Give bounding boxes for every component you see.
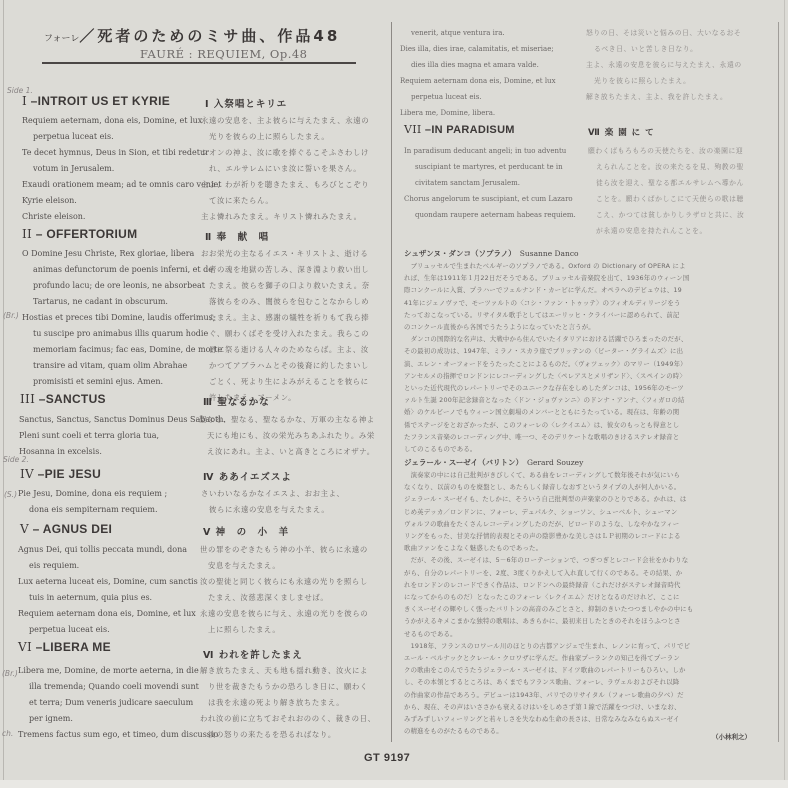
- text-line: のコンクール直後から各国でうたうようになっていたと言うが。: [404, 321, 689, 333]
- jp-text-pie-jesu: さいわいなるかなイエスよ、おお主よ、彼らに永遠の安息を与えたまえ。: [201, 486, 345, 518]
- text-line: 徒ら汝を迎え、聖なる都エルサレムへ導かん: [588, 175, 744, 191]
- text-line: 怒りの日、そは災いと悩みの日、大いなるおそ: [586, 25, 742, 41]
- page-bottom-edge: [0, 780, 788, 788]
- title-english: FAURÉ : REQUIEM, Op.48: [140, 47, 308, 61]
- text-line: promisisti et semini ejus. Amen.: [22, 374, 222, 390]
- text-line: 歌曲ファンをこよなく魅惑したものであった。: [404, 542, 693, 554]
- text-line: から、現在、その声はいささかも衰えるけはいをしめさず第１線で活躍をつづけ、いまな…: [404, 701, 693, 713]
- text-line: 解き放ちたまえ、主よ、我を許したまえ。: [586, 89, 742, 105]
- section-jp-title-sanctus: Ⅲ 聖なるかな: [203, 394, 270, 408]
- latin-text-offertorium: O Domine Jesu Christe, Rex gloriae, libe…: [22, 246, 222, 390]
- section-title-libera-me: VI –LIBERA ME: [18, 640, 111, 654]
- handnote-br: (Br.): [3, 311, 19, 320]
- text-line: になってからのものだ）となったこのフォーレ〈レクイエム〉だけとなるのだけれど、こ…: [404, 591, 693, 603]
- liner-notes-page: フォーレ／死者のためのミサ曲、作品48 FAURÉ : REQUIEM, Op.…: [0, 0, 788, 788]
- text-line: perpetua luceat eis.: [18, 622, 198, 638]
- text-line: In paradisum deducant angeli; in tuo adv…: [404, 143, 576, 159]
- text-line: 天にも地にも、汝の栄光みちあふれたり。み栄: [199, 428, 375, 444]
- text-line: え汝にあれ。主よ、いと高きところにオザナ。: [199, 444, 375, 460]
- text-line: tu suscipe pro animabus illis quarum hod…: [22, 326, 222, 342]
- bio-text-danco: ブリュッセルで生まれたベルギーのソプラノである。Oxford の Diction…: [404, 260, 689, 455]
- page-edge-right: [784, 0, 785, 788]
- text-line: たまえ。彼らを獅子の口より救いたまえ。奈: [201, 278, 370, 294]
- latin-text-sanctus: Sanctus, Sanctus, Sanctus Dominus Deus S…: [19, 412, 226, 460]
- text-line: ァルト生誕 200年記念録音となった〈ドン・ジョヴァンニ〉のドンナ・アンナ、〈フ…: [404, 394, 689, 406]
- text-line: 永遠の安息を、主よ彼らに与えたまえ、永遠の: [201, 113, 369, 129]
- text-line: たフランス音楽のレコーディング中、唯一つ、そのデリケートな歌唱のきけるステレオ録…: [404, 431, 689, 443]
- latin-text-agnus-dei: Agnus Dei, qui tollis peccata mundi, don…: [18, 542, 198, 638]
- bio-heading-danco: シュザンヌ・ダンコ（ソプラノ）Susanne Danco: [404, 248, 579, 259]
- text-line: だが、その後、スーゼイは、5－6年のローテーションで、つぎつぎとレコード会社をか…: [404, 554, 693, 566]
- text-line: Tartarus, ne cadant in obscurum.: [22, 294, 222, 310]
- text-line: クの歌曲をこのんでうたうジェラール・スーゼイは、ドイツ歌曲のレパートリーもひろい…: [404, 664, 693, 676]
- text-line: Agnus Dei, qui tollis peccata mundi, don…: [18, 542, 198, 558]
- text-line: の精進をものがたるものである。: [404, 725, 693, 737]
- catalog-number: GT 9197: [364, 752, 410, 764]
- text-line: Requiem aeternam dona eis, Domine, et lu…: [400, 73, 556, 89]
- text-line: 41年にジェノヴァで、モーツァルトの〈コシ・ファン・トゥッテ〉のフィオルディリー…: [404, 297, 689, 309]
- text-line: Tremens factus sum ego, et timeo, dum di…: [18, 727, 218, 743]
- text-line: Lux aeterna luceat eis, Domine, cum sanc…: [18, 574, 198, 590]
- text-line: せるものである。: [404, 628, 693, 640]
- text-line: アンセルメの指揮でロンドンにレコーディングした〈ペレアスとメリザンド〉、〈スペイ…: [404, 370, 689, 382]
- text-line: Te decet hymnus, Deus in Sion, et tibi r…: [22, 145, 221, 161]
- latin-text-in-paradisum: In paradisum deducant angeli; in tuo adv…: [404, 143, 576, 223]
- text-line: かつてアブラハムとその後裔に約したまいし: [201, 358, 370, 374]
- text-line: といった近代現代のレパートリーでそのユニークな存在をしめしたダンコは、1956年…: [404, 382, 689, 394]
- text-line: 上に照らしたまえ。: [200, 622, 368, 638]
- text-line: たまえ。主よ、感謝の犠牲を祈りもて我ら捧: [201, 310, 370, 326]
- text-line: Requiem aeternam dona eis, Domine, et lu…: [18, 606, 198, 622]
- text-line: ダンコの国際的な名声は、大戦中から住んでいたイタリアにおける活躍でひろまったのだ…: [404, 333, 689, 345]
- jp-text-sanctus: 聖なる、聖なる、聖なるかな、万軍の主なる神よ天にも地にも、汝の栄光みちあふれたり…: [199, 412, 375, 460]
- text-line: perpetua luceat eis.: [400, 89, 556, 105]
- text-line: 永遠の安息を彼らに与え、永遠の光りを彼らの: [200, 606, 368, 622]
- text-line: なくなり、以前のものを廃盤とし、あたらしく録音しなおすというタイプの人が何人かい…: [404, 481, 693, 493]
- title-composer-jp: フォーレ: [44, 34, 79, 44]
- text-line: Hostias et preces tibi Domine, laudis of…: [22, 310, 222, 326]
- right-frame-line: [778, 22, 779, 742]
- text-line: うかがえるキメこまかな独特の歌唱は、あきらかに、最初来日したときのそれをほうふつ…: [404, 615, 693, 627]
- text-line: 者の魂を地獄の苦しみ、深き淵より救い出し: [201, 262, 370, 278]
- text-line: 際コンクールに入賞、プラハーでフェルナンド・カーピに学んだ。オペラへのデビュウは…: [404, 284, 689, 296]
- text-line: 光りを彼らに照らしたまえ。: [586, 73, 742, 89]
- column-divider: [391, 22, 392, 742]
- text-line: じめ英デッカ／ロンドンに、フォーレ、デュパルク、ショーソン、シューベルト、シュー…: [404, 506, 693, 518]
- text-line: が永遠の安息を持たれんことを。: [588, 223, 744, 239]
- text-line: 係でステージをとおざかったが、このフォーレの〈レクイエム〉は、彼女のもっとも得意…: [404, 419, 689, 431]
- text-line: れば、生年は1911年１月22日だそうである。ブリュッセル音楽院を出て、1936…: [404, 272, 689, 284]
- text-line: Christe eleison.: [22, 209, 221, 225]
- title-japanese: フォーレ／死者のためのミサ曲、作品48: [44, 25, 340, 46]
- text-line: Libera me, Domine, de morte aeterna, in …: [18, 663, 218, 679]
- text-line: し、その本領とするところは、あくまでもフランス歌曲、フォーレ、ラヴェルおよびそれ…: [404, 676, 693, 688]
- text-line: 願わくばもろもろの天使たちを、汝の楽園に迎: [588, 143, 744, 159]
- text-line: 世の罪をのぞきたもう神の小羊、彼らに永遠の: [200, 542, 368, 558]
- text-line: 演奏家の中には自己批判がきびしくて、ある曲をレコーディングして数年後それが気にい…: [404, 469, 693, 481]
- text-line: Kyrie eleison.: [22, 193, 221, 209]
- text-line: venerit, atque ventura ira.: [400, 25, 556, 41]
- text-line: 光りを彼らの上に照らしたまえ。: [201, 129, 369, 145]
- text-line: 1918年、フランスのロワール川のほとりの古都アンジェで生まれ、レノンに育って、…: [404, 640, 693, 652]
- text-line: 解き放ちたまえ、天も地も揺れ動き、汝火によ: [200, 663, 376, 679]
- text-line: たまえ、汝慈悲深くましませば。: [200, 590, 368, 606]
- section-jp-title-libera-me: Ⅵ われを許したまえ: [203, 647, 303, 661]
- section-jp-title-in-paradisum: Ⅶ 楽 園 に て: [588, 126, 655, 138]
- text-line: れ、エルサレムにいま汝に誓いを果さん。: [201, 161, 369, 177]
- text-line: 聖なる、聖なる、聖なるかな、万軍の主なる神よ: [199, 412, 375, 428]
- text-line: り世を裁きたもうかの恐ろしき日に、願わく: [200, 679, 376, 695]
- text-line: こえ、かつては貧しかりしラザロと共に、汝: [588, 207, 744, 223]
- text-line: 婚〉のケルビーノでもウィーン国立劇場のメンバーとともにうたっている。現在は、年齢…: [404, 406, 689, 418]
- text-line: エール・ベルナックとクレール・クロワザに学んだ。作曲家プーランクの知己を得てプー…: [404, 652, 693, 664]
- text-line: は我を永遠の死より解き放ちたまえ。: [200, 695, 376, 711]
- jp-text-offertorium: おお栄光の主なるイエス・キリストよ、逝ける者の魂を地獄の苦しみ、深き淵より救い出…: [201, 246, 370, 406]
- text-line: ぐ、願わくばそを受け入れたまえ。我らこの: [201, 326, 370, 342]
- text-line: れをロンドンのレコードできく作品は、ロンドンへの最終録音（これだけがステレオ録音…: [404, 579, 693, 591]
- text-line: suscipiant te martyres, et perducant te …: [404, 159, 576, 175]
- text-line: quondam raupere aeternam habeas requiem.: [404, 207, 576, 223]
- text-line: えられんことを。汝の来たるを見、殉教の聖: [588, 159, 744, 175]
- text-line: illa tremenda; Quando coeli movendi sunt: [18, 679, 218, 695]
- text-line: してのこるものである。: [404, 443, 689, 455]
- section-title-agnus-dei: V – AGNUS DEI: [20, 522, 112, 536]
- text-line: がら、自分のレパートリーを、2度、3度くりかえして入れ直して行くのである。その結…: [404, 567, 693, 579]
- text-line: 汝の聖徒と同じく彼らにも永遠の光りを照らし: [200, 574, 368, 590]
- text-line: リングをもった、甘美な抒情的表現とその声の陰影豊かな美しさはＬＰ初期のレコードに…: [404, 530, 693, 542]
- text-line: 安息を与えたまえ。: [200, 558, 368, 574]
- section-title-sanctus: III –SANCTUS: [20, 392, 106, 406]
- text-line: Libera me, Domine, libera.: [400, 105, 556, 121]
- text-line: votum in Jerusalem.: [22, 161, 221, 177]
- text-line: その最初の成功は、1947年、ミラノ・スカラ座でブリッテンの〈ピーター・グライム…: [404, 345, 689, 357]
- handnote-s: (S.): [4, 490, 17, 499]
- text-line: シオンの神よ、汝に歌を捧ぐるこそふさわしけ: [201, 145, 369, 161]
- text-line: おお栄光の主なるイエス・キリストよ、逝ける: [201, 246, 370, 262]
- header-rule: [42, 62, 356, 64]
- text-line: ジェラール・スーゼイも、たしかに、そういう自己批判型の声楽家のひとりである。かれ…: [404, 493, 693, 505]
- text-line: Exaudi orationem meam; ad te omnis caro …: [22, 177, 221, 193]
- text-line: civitatem sanctam Jerusalem.: [404, 175, 576, 191]
- bio-text-souzey: 演奏家の中には自己批判がきびしくて、ある曲をレコーディングして数年後それが気にい…: [404, 469, 693, 737]
- text-line: さいわいなるかなイエスよ、おお主よ、: [201, 486, 345, 502]
- text-line: animas defunctorum de poenis inferni, et…: [22, 262, 222, 278]
- text-line: Pleni sunt coeli et terra gloria tua,: [19, 428, 226, 444]
- text-line: O Domine Jesu Christe, Rex gloriae, libe…: [22, 246, 222, 262]
- text-line: transire ad vitam, quam olim Abrahae: [22, 358, 222, 374]
- section-title-in-paradisum: VII –IN PARADISUM: [404, 123, 515, 136]
- latin-text-pie-jesu: Pie Jesu, Domine, dona eis requiem ;dona…: [18, 486, 167, 518]
- latin-text-introit: Requiem aeternam, dona eis, Domine, et l…: [22, 113, 221, 225]
- text-line: 日に祭る逝ける人々のためならば。主よ、汝: [201, 342, 370, 358]
- latin-text-libera-me: Libera me, Domine, de morte aeterna, in …: [18, 663, 218, 743]
- text-line: たっておこなっている。リサイタル歌手としてはエーリッヒ・クライバーに認められて、…: [404, 309, 689, 321]
- handnote-br2: (Br.): [2, 669, 18, 678]
- text-line: ごとく、死より生によみがえることを彼らに: [201, 374, 370, 390]
- text-line: tuis in aeternum, quia pius es.: [18, 590, 198, 606]
- section-jp-title-pie-jesu: Ⅳ ああイエズスよ: [203, 469, 292, 483]
- text-line: 落彼らをのみ、闇彼らを包むことなからしめ: [201, 294, 370, 310]
- section-jp-title-agnus-dei: Ⅴ 神 の 小 羊: [203, 524, 289, 538]
- section-title-offertorium: II – OFFERTORIUM: [22, 227, 137, 241]
- text-line: perpetua luceat eis.: [22, 129, 221, 145]
- text-line: 主よ、わが祈りを聴きたまえ、もろびとこぞり: [201, 177, 369, 193]
- text-line: われ汝の前に立ちておそれおののく、裁きの日、: [200, 711, 376, 727]
- text-line: dies illa dies magna et amara valde.: [400, 57, 556, 73]
- text-line: の作曲家の作品であろう。デビューは1943年、パリでのリサイタル（フォーレ歌曲の…: [404, 689, 693, 701]
- text-line: ブリュッセルで生まれたベルギーのソプラノである。Oxford の Diction…: [404, 260, 689, 272]
- text-line: Requiem aeternam, dona eis, Domine, et l…: [22, 113, 221, 129]
- jp-text-libera-me: 解き放ちたまえ、天も地も揺れ動き、汝火により世を裁きたもうかの恐ろしき日に、願わ…: [200, 663, 376, 743]
- text-line: 主よ、永遠の安息を彼らに与えたまえ、永遠の: [586, 57, 742, 73]
- text-line: profundo lacu; de ore leonis, ne absorbe…: [22, 278, 222, 294]
- jp-text-introit: 永遠の安息を、主よ彼らに与えたまえ、永遠の光りを彼らの上に照らしたまえ。シオンの…: [201, 113, 369, 225]
- text-line: て汝に来たらん。: [201, 193, 369, 209]
- text-line: Pie Jesu, Domine, dona eis requiem ;: [18, 486, 167, 502]
- text-line: dona eis sempiternam requiem.: [18, 502, 167, 518]
- jp-text-libera-me-continued: 怒りの日、そは災いと悩みの日、大いなるおそるべき日、いと苦しき日なり。主よ、永遠…: [586, 25, 742, 105]
- text-line: 演、エレン・オーフォードをうたったことによるものだ。〈ヴォツェック〉のマリー（1…: [404, 358, 689, 370]
- text-line: るべき日、いと苦しき日なり。: [586, 41, 742, 57]
- text-line: Chorus angelorum te suscipiant, et cum L…: [404, 191, 576, 207]
- text-line: per ignem.: [18, 711, 218, 727]
- text-line: Sanctus, Sanctus, Sanctus Dominus Deus S…: [19, 412, 226, 428]
- section-jp-title-introit: Ⅰ 入祭唱とキリエ: [205, 96, 287, 110]
- jp-text-agnus-dei: 世の罪をのぞきたもう神の小羊、彼らに永遠の安息を与えたまえ。汝の聖徒と同じく彼ら…: [200, 542, 368, 638]
- text-line: Dies illa, dies irae, calamitatis, et mi…: [400, 41, 556, 57]
- text-line: 主よ憐れみたまえ。キリスト憐れみたまえ。: [201, 209, 369, 225]
- text-line: ことを。願わくばかしこにて天使らの歌は聴: [588, 191, 744, 207]
- text-line: きくスーゼイの輝やしく張ったバリトンの高音のみごとさと、抑制のきいたつつましやか…: [404, 603, 693, 615]
- author-credit: （小林利之）: [712, 732, 751, 741]
- text-line: ヴォルフの歌曲をたくさんレコーディングしたのだが、ビロードのような、しなやかなフ…: [404, 518, 693, 530]
- section-title-pie-jesu: IV –PIE JESU: [20, 467, 101, 481]
- title-work-jp: ／死者のためのミサ曲、作品48: [79, 27, 340, 45]
- text-line: et terra; Dum veneris judicare saeculum: [18, 695, 218, 711]
- bio-heading-souzey: ジェラール・スーゼイ（バリトン）Gerard Souzey: [404, 457, 583, 468]
- handnote-ch: ch.: [2, 729, 13, 738]
- section-jp-title-offertorium: Ⅱ 奉 献 唱: [205, 229, 269, 243]
- text-line: memoriam facimus; fac eas, Domine, de mo…: [22, 342, 222, 358]
- text-line: 彼らに永遠の安息を与えたまえ。: [201, 502, 345, 518]
- text-line: みずみずしいフィーリングと若々しさを失なわぬ生命の長さは、日常なみなみならぬスー…: [404, 713, 693, 725]
- latin-text-libera-me-continued: venerit, atque ventura ira.Dies illa, di…: [400, 25, 556, 121]
- jp-text-in-paradisum: 願わくばもろもろの天使たちを、汝の楽園に迎えられんことを。汝の来たるを見、殉教の…: [588, 143, 744, 239]
- text-line: 汝の怒りの来たるを恐るればなり。: [200, 727, 376, 743]
- section-title-introit: I –INTROIT US ET KYRIE: [22, 94, 170, 108]
- text-line: eis requiem.: [18, 558, 198, 574]
- text-line: Hosanna in excelsis.: [19, 444, 226, 460]
